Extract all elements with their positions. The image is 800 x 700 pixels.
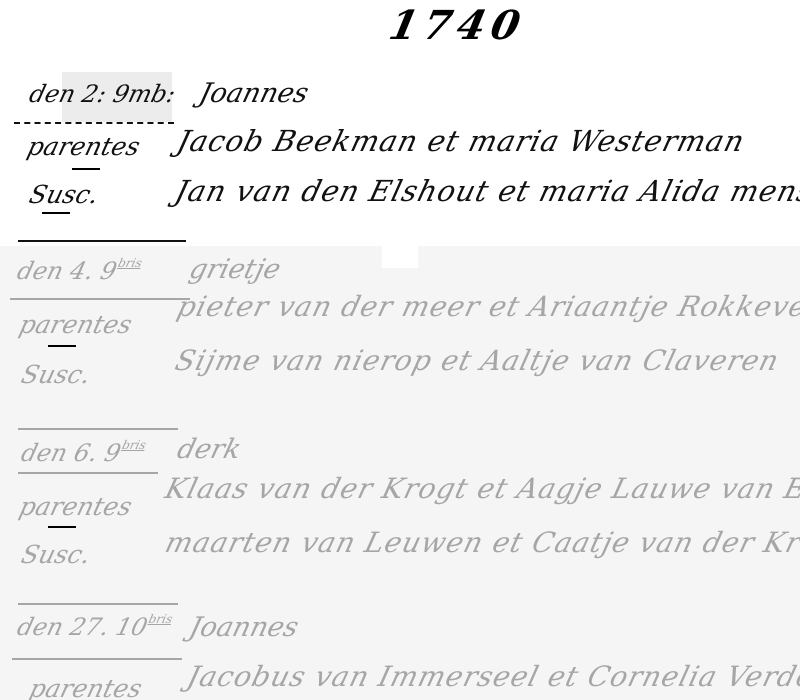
label-underline — [72, 168, 100, 170]
year-heading: 1740 — [385, 2, 530, 49]
date-divider — [14, 122, 174, 124]
witnesses-label: Susc. — [26, 180, 101, 209]
entry-separator — [18, 603, 178, 605]
entry-separator — [18, 240, 186, 242]
date-divider — [18, 472, 158, 474]
child-name: derk — [174, 434, 244, 465]
date-divider — [10, 298, 190, 300]
parents-label: parentes — [24, 132, 143, 161]
parents-names: Jacob Beekman et maria Westerman — [174, 124, 749, 158]
parents-names: Klaas van der Krogt et Aagje Lauwe van E… — [162, 472, 800, 505]
parents-label: parentes — [26, 674, 145, 700]
child-name: Joannes — [196, 78, 312, 109]
witnesses-label: Susc. — [18, 360, 93, 389]
label-underline — [48, 526, 76, 528]
witnesses-names: maarten van Leuwen et Caatje van der Kro… — [162, 526, 800, 559]
register-page: 1740 den 2: 9mb: Joannes parentes Jacob … — [0, 0, 800, 700]
witnesses-label: Susc. — [18, 540, 93, 569]
witnesses-names: Sijme van nierop et Aaltje van Claveren — [172, 344, 783, 377]
parents-names: pieter van der meer et Ariaantje Rokkeve… — [174, 290, 800, 323]
entry-date: den 27. 10bris — [14, 612, 174, 641]
scan-artifact — [382, 246, 418, 268]
parents-label: parentes — [16, 310, 135, 339]
child-name: Joannes — [186, 612, 302, 643]
parents-names: Jacobus van Immerseel et Cornelia Verdel — [184, 660, 800, 693]
entry-date: den 6. 9bris — [18, 438, 147, 467]
entry-date: den 4. 9bris — [14, 256, 143, 285]
date-divider — [12, 658, 182, 660]
parents-label: parentes — [16, 492, 135, 521]
entry-date: den 2: 9mb: — [27, 80, 179, 108]
label-underline — [48, 345, 76, 347]
witnesses-names: Jan van den Elshout et maria Alida mensi… — [172, 174, 800, 208]
child-name: grietje — [186, 254, 284, 285]
label-underline — [42, 212, 70, 214]
entry-separator — [18, 428, 178, 430]
